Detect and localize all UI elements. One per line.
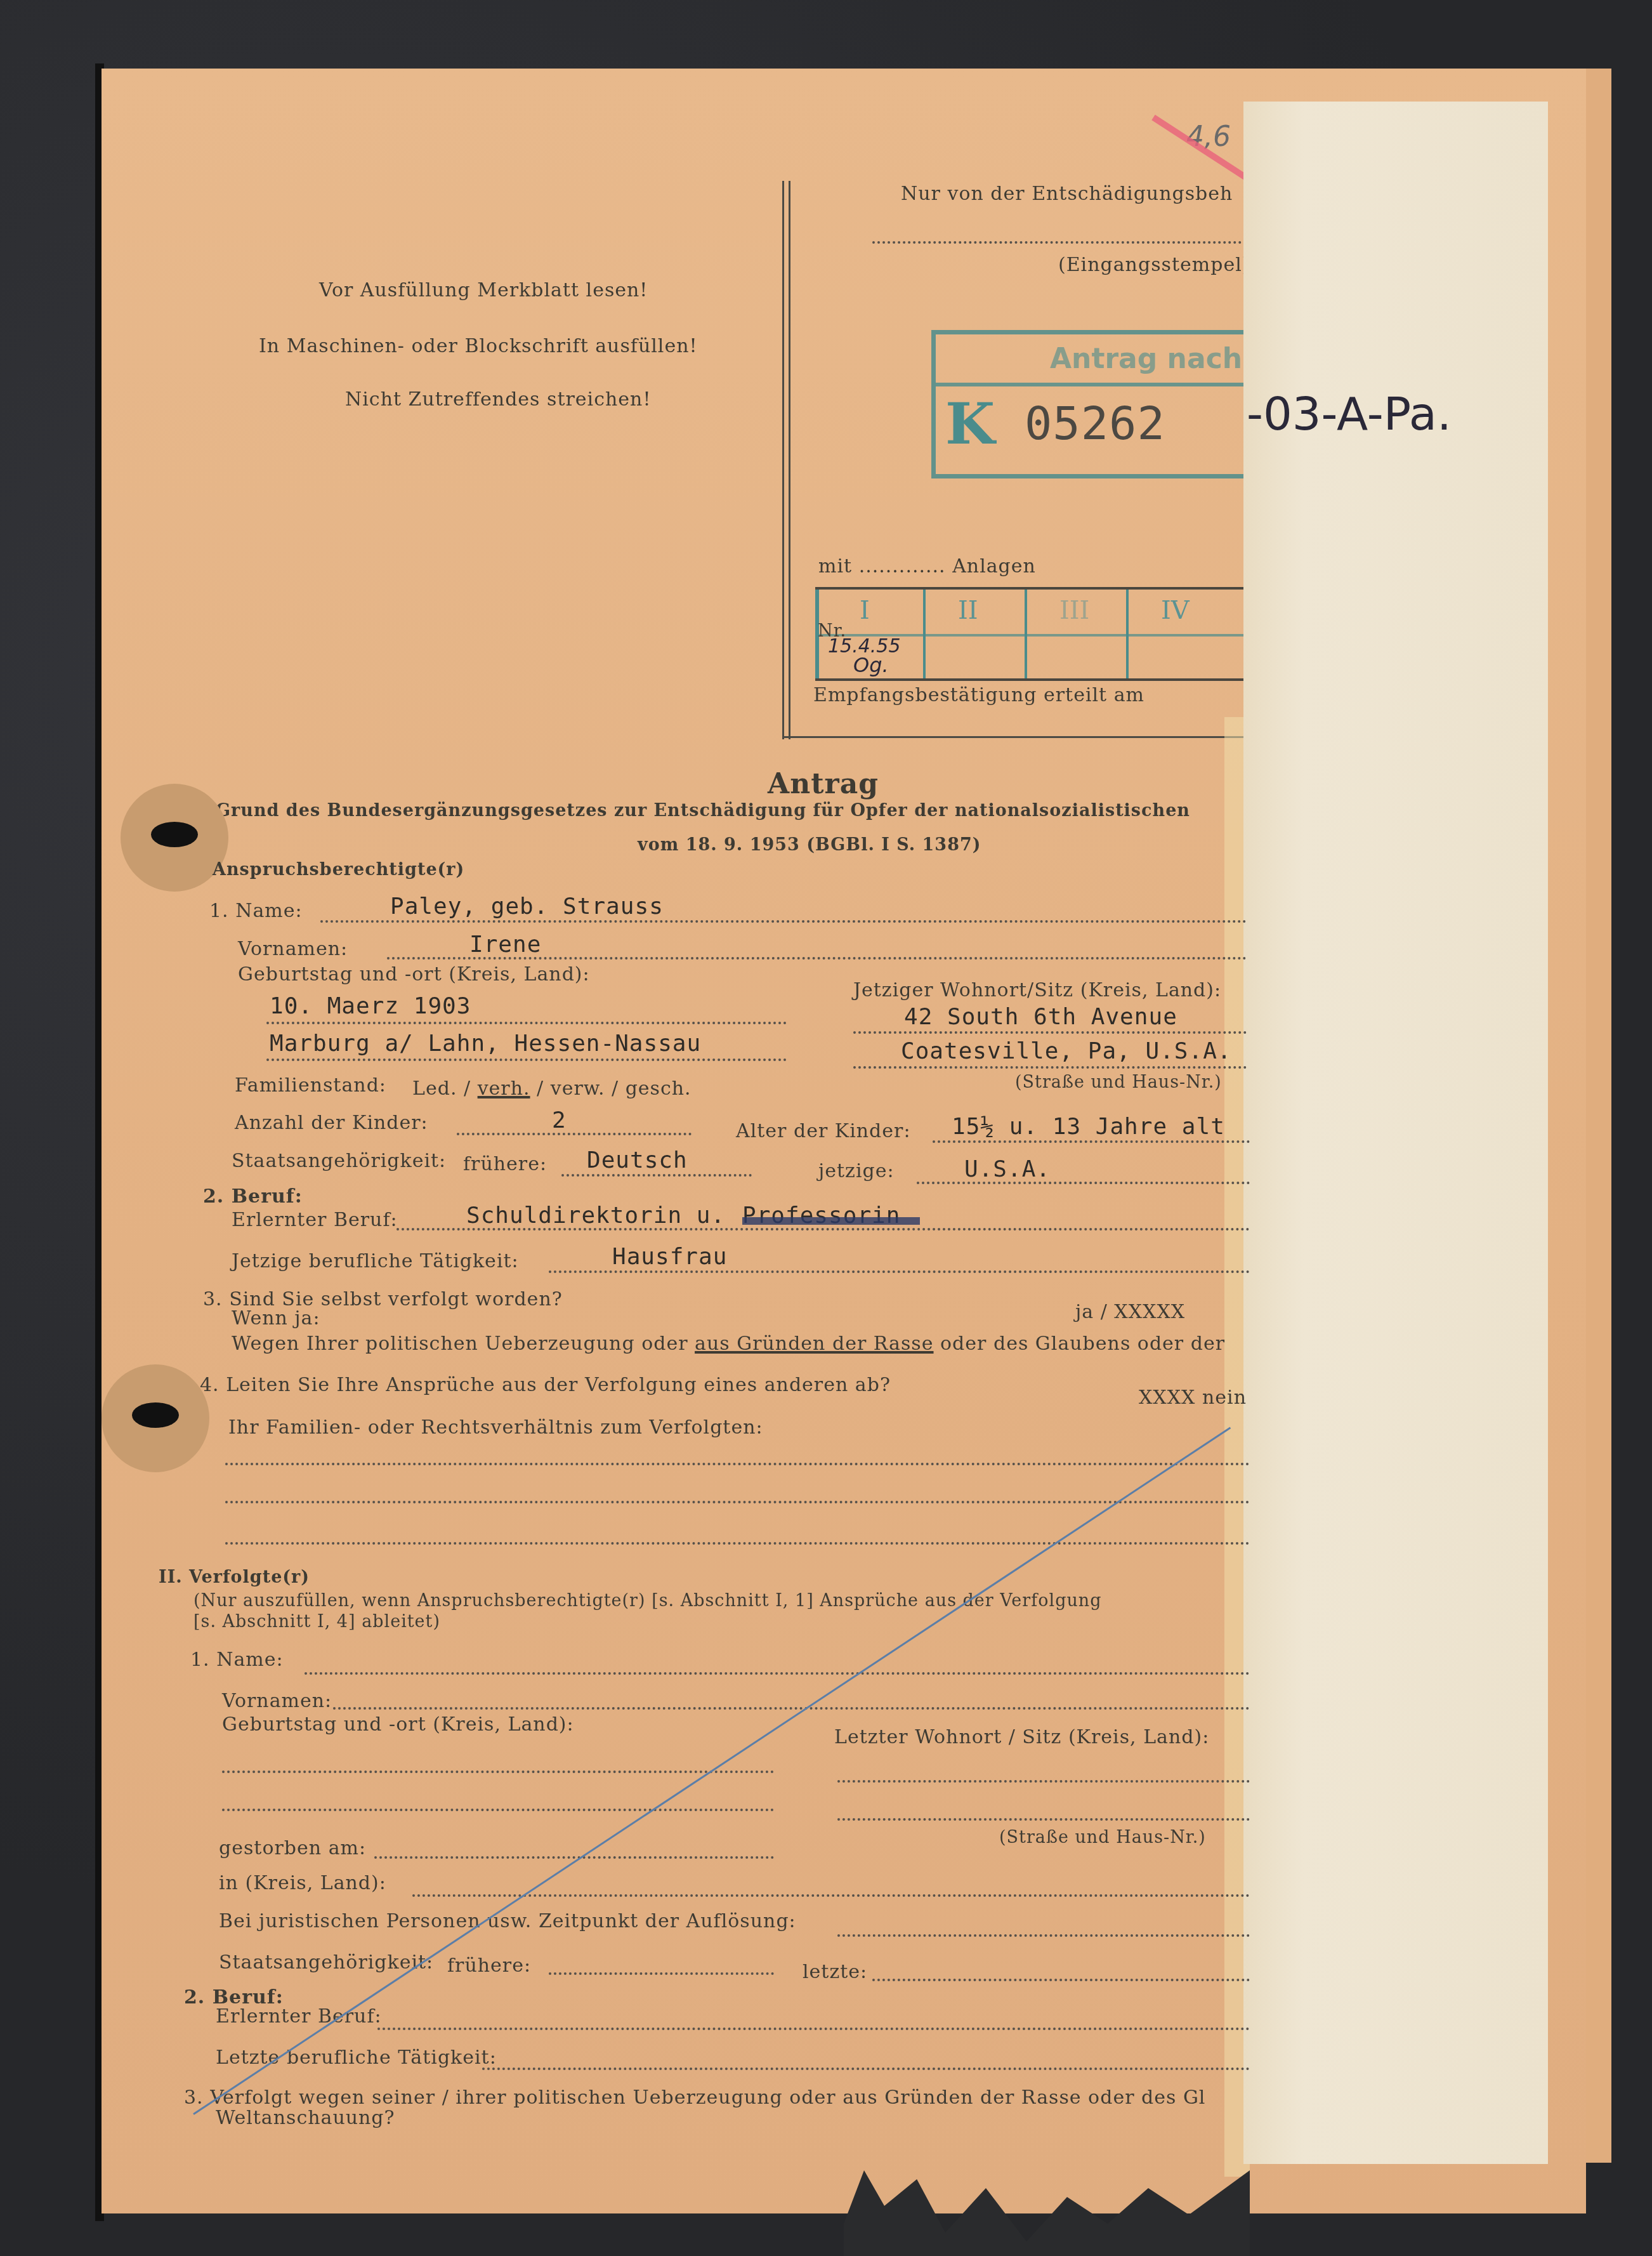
stamp-prefix: K bbox=[945, 390, 995, 458]
s2-letzte-taetigkeit-field[interactable] bbox=[482, 2068, 1250, 2070]
option-verwitwet[interactable]: verw. bbox=[551, 1078, 605, 1100]
s2-letzte-label: letzte: bbox=[803, 1961, 867, 1983]
office-box-border-inner bbox=[789, 181, 790, 739]
gestorben-label: gestorben am: bbox=[219, 1837, 366, 1859]
stamp-divider bbox=[936, 383, 1259, 386]
alter-label: Alter der Kinder: bbox=[736, 1120, 911, 1142]
s2-geburt-field-1[interactable] bbox=[222, 1771, 774, 1773]
familienstand-label: Familienstand: bbox=[235, 1074, 386, 1097]
in-kreis-field[interactable] bbox=[412, 1894, 1250, 1897]
s2-name-label: 1. Name: bbox=[190, 1649, 284, 1671]
option-ledig[interactable]: Led. bbox=[412, 1078, 457, 1100]
in-kreis-label: in (Kreis, Land): bbox=[219, 1872, 386, 1894]
corner-pencil-mark: 4,6 bbox=[1186, 121, 1231, 153]
s2-erlernter-field[interactable] bbox=[377, 2028, 1250, 2030]
instruction-1: Vor Ausfüllung Merkblatt lesen! bbox=[319, 279, 648, 301]
strasse-caption: (Straße und Haus-Nr.) bbox=[1015, 1072, 1222, 1092]
s2-wohnort-field-2[interactable] bbox=[837, 1818, 1250, 1821]
s2-q3-line-2: Weltanschauung? bbox=[216, 2107, 395, 2129]
receipt-label: Empfangsbestätigung erteilt am bbox=[813, 684, 1144, 706]
s2-geburt-label: Geburtstag und -ort (Kreis, Land): bbox=[222, 1713, 574, 1736]
rasse-underlined: aus Gründen der Rasse bbox=[695, 1333, 933, 1355]
q4-answer[interactable]: XXXX nein bbox=[1139, 1387, 1247, 1409]
office-box-border bbox=[782, 181, 784, 739]
office-box-bottom bbox=[782, 736, 1252, 738]
anlage-col-4: IV bbox=[1161, 596, 1190, 625]
jetzige-label: jetzige: bbox=[818, 1160, 895, 1182]
blue-ink-strike bbox=[742, 1217, 920, 1225]
instruction-3: Nicht Zutreffendes streichen! bbox=[345, 388, 651, 411]
frueher-field[interactable]: Deutsch bbox=[587, 1147, 688, 1173]
s2-name-field[interactable] bbox=[305, 1672, 1250, 1675]
s2-frueher-field[interactable] bbox=[549, 1972, 774, 1975]
q4-line-2: Ihr Familien- oder Rechtsverhältnis zum … bbox=[228, 1416, 763, 1439]
eingangsstempel-caption: (Eingangsstempel) bbox=[1058, 254, 1250, 276]
s2-q3-line-1: 3. Verfolgt wegen seiner / ihrer politis… bbox=[184, 2087, 1205, 2109]
s2-erlernter-label: Erlernter Beruf: bbox=[216, 2005, 382, 2028]
familienstand-options: Led. / verh. / verw. / gesch. bbox=[412, 1078, 692, 1100]
wohnort-city-field[interactable]: Coatesville, Pa, U.S.A. bbox=[901, 1038, 1232, 1064]
s2-vornamen-field[interactable] bbox=[333, 1707, 1250, 1710]
stamp-number: 05262 bbox=[1025, 397, 1165, 450]
geburt-label: Geburtstag und -ort (Kreis, Land): bbox=[238, 963, 590, 986]
geburtsort-field[interactable]: Marburg a/ Lahn, Hessen-Nassau bbox=[270, 1031, 701, 1057]
staat-label: Staatsangehörigkeit: bbox=[232, 1150, 446, 1172]
juristisch-label: Bei juristischen Personen usw. Zeitpunkt… bbox=[219, 1910, 796, 1932]
section2-note-2: [s. Abschnitt I, 4] ableitet) bbox=[193, 1612, 440, 1632]
section1-heading: Anspruchsberechtigte(r) bbox=[213, 860, 464, 880]
s2-letzte-taetigkeit-label: Letzte berufliche Tätigkeit: bbox=[216, 2047, 497, 2069]
anlage-col-1: I bbox=[860, 596, 870, 625]
stamp-line bbox=[872, 241, 1247, 244]
beruf-heading: 2. Beruf: bbox=[203, 1185, 303, 1208]
anlage-col-2: II bbox=[958, 596, 978, 625]
wohnort-label: Jetziger Wohnort/Sitz (Kreis, Land): bbox=[853, 979, 1221, 1001]
handwritten-initials: Og. bbox=[853, 653, 889, 677]
stamp-title: Antrag nach bbox=[1050, 343, 1242, 375]
kinder-label: Anzahl der Kinder: bbox=[235, 1112, 428, 1134]
taetigkeit-label: Jetzige berufliche Tätigkeit: bbox=[232, 1250, 519, 1272]
mit-label: mit bbox=[818, 555, 852, 577]
vornamen-field[interactable]: Irene bbox=[469, 932, 541, 958]
q4-line-1: 4. Leiten Sie Ihre Ansprüche aus der Ver… bbox=[200, 1374, 891, 1396]
s2-staat-label: Staatsangehörigkeit: bbox=[219, 1951, 433, 1974]
s2-letzte-field[interactable] bbox=[872, 1979, 1250, 1981]
s2-vornamen-label: Vornamen: bbox=[222, 1690, 332, 1712]
file-suffix-handwritten: -03-A-Pa. bbox=[1247, 387, 1452, 440]
s2-geburt-field-2[interactable] bbox=[222, 1809, 774, 1811]
section2-heading: II. Verfolgte(r) bbox=[159, 1567, 310, 1587]
wohnort-street-field[interactable]: 42 South 6th Avenue bbox=[904, 1004, 1177, 1030]
subtitle-line-1: Grund des Bundesergänzungsgesetzes zur E… bbox=[216, 801, 1190, 821]
s2-frueher-label: frühere: bbox=[447, 1955, 531, 1977]
anlagen-table: I II III IV Nr. 15.4.55 Og. bbox=[815, 587, 1253, 681]
anlagen-text: Anlagen bbox=[952, 555, 1036, 577]
alter-field[interactable]: 15½ u. 13 Jahre alt bbox=[952, 1114, 1225, 1140]
frueher-label: frühere: bbox=[463, 1153, 547, 1175]
q3-line-3: Wegen Ihrer politischen Ueberzeugung ode… bbox=[232, 1333, 1225, 1355]
subtitle-line-2: vom 18. 9. 1953 (BGBl. I S. 1387) bbox=[638, 835, 981, 855]
gestorben-field[interactable] bbox=[374, 1856, 774, 1859]
q3-answer[interactable]: ja / XXXXX bbox=[1075, 1301, 1185, 1323]
option-geschieden[interactable]: gesch. bbox=[626, 1078, 692, 1100]
anlage-col-3: III bbox=[1059, 596, 1089, 625]
s2-wohnort-label: Letzter Wohnort / Sitz (Kreis, Land): bbox=[834, 1726, 1209, 1748]
erlernter-field[interactable]: Schuldirektorin u. bbox=[466, 1203, 725, 1229]
section2-note-1: (Nur auszufüllen, wenn Anspruchsberechti… bbox=[193, 1591, 1101, 1611]
punch-hole-bottom bbox=[102, 1364, 209, 1472]
instruction-2: In Maschinen- oder Blockschrift ausfülle… bbox=[259, 335, 698, 357]
anlagen-label: mit ............. Anlagen bbox=[818, 555, 1036, 577]
name-label: 1. Name: bbox=[209, 900, 303, 922]
option-verheiratet-selected[interactable]: verh. bbox=[478, 1078, 530, 1100]
kinder-field[interactable]: 2 bbox=[552, 1107, 567, 1133]
jetzige-field[interactable]: U.S.A. bbox=[964, 1156, 1051, 1182]
q3-line-2: Wenn ja: bbox=[232, 1307, 320, 1329]
juristisch-field[interactable] bbox=[837, 1934, 1250, 1937]
s2-strasse-caption: (Straße und Haus-Nr.) bbox=[999, 1828, 1206, 1847]
taetigkeit-field[interactable]: Hausfrau bbox=[612, 1244, 727, 1270]
office-header: Nur von der Entschädigungsbeh bbox=[901, 183, 1233, 205]
s2-wohnort-field-1[interactable] bbox=[837, 1780, 1250, 1783]
geburtstag-field[interactable]: 10. Maerz 1903 bbox=[270, 993, 471, 1019]
vornamen-label: Vornamen: bbox=[238, 938, 348, 960]
page-title: Antrag bbox=[768, 768, 879, 800]
name-field[interactable]: Paley, geb. Strauss bbox=[390, 894, 664, 920]
erlernter-label: Erlernter Beruf: bbox=[232, 1209, 398, 1231]
